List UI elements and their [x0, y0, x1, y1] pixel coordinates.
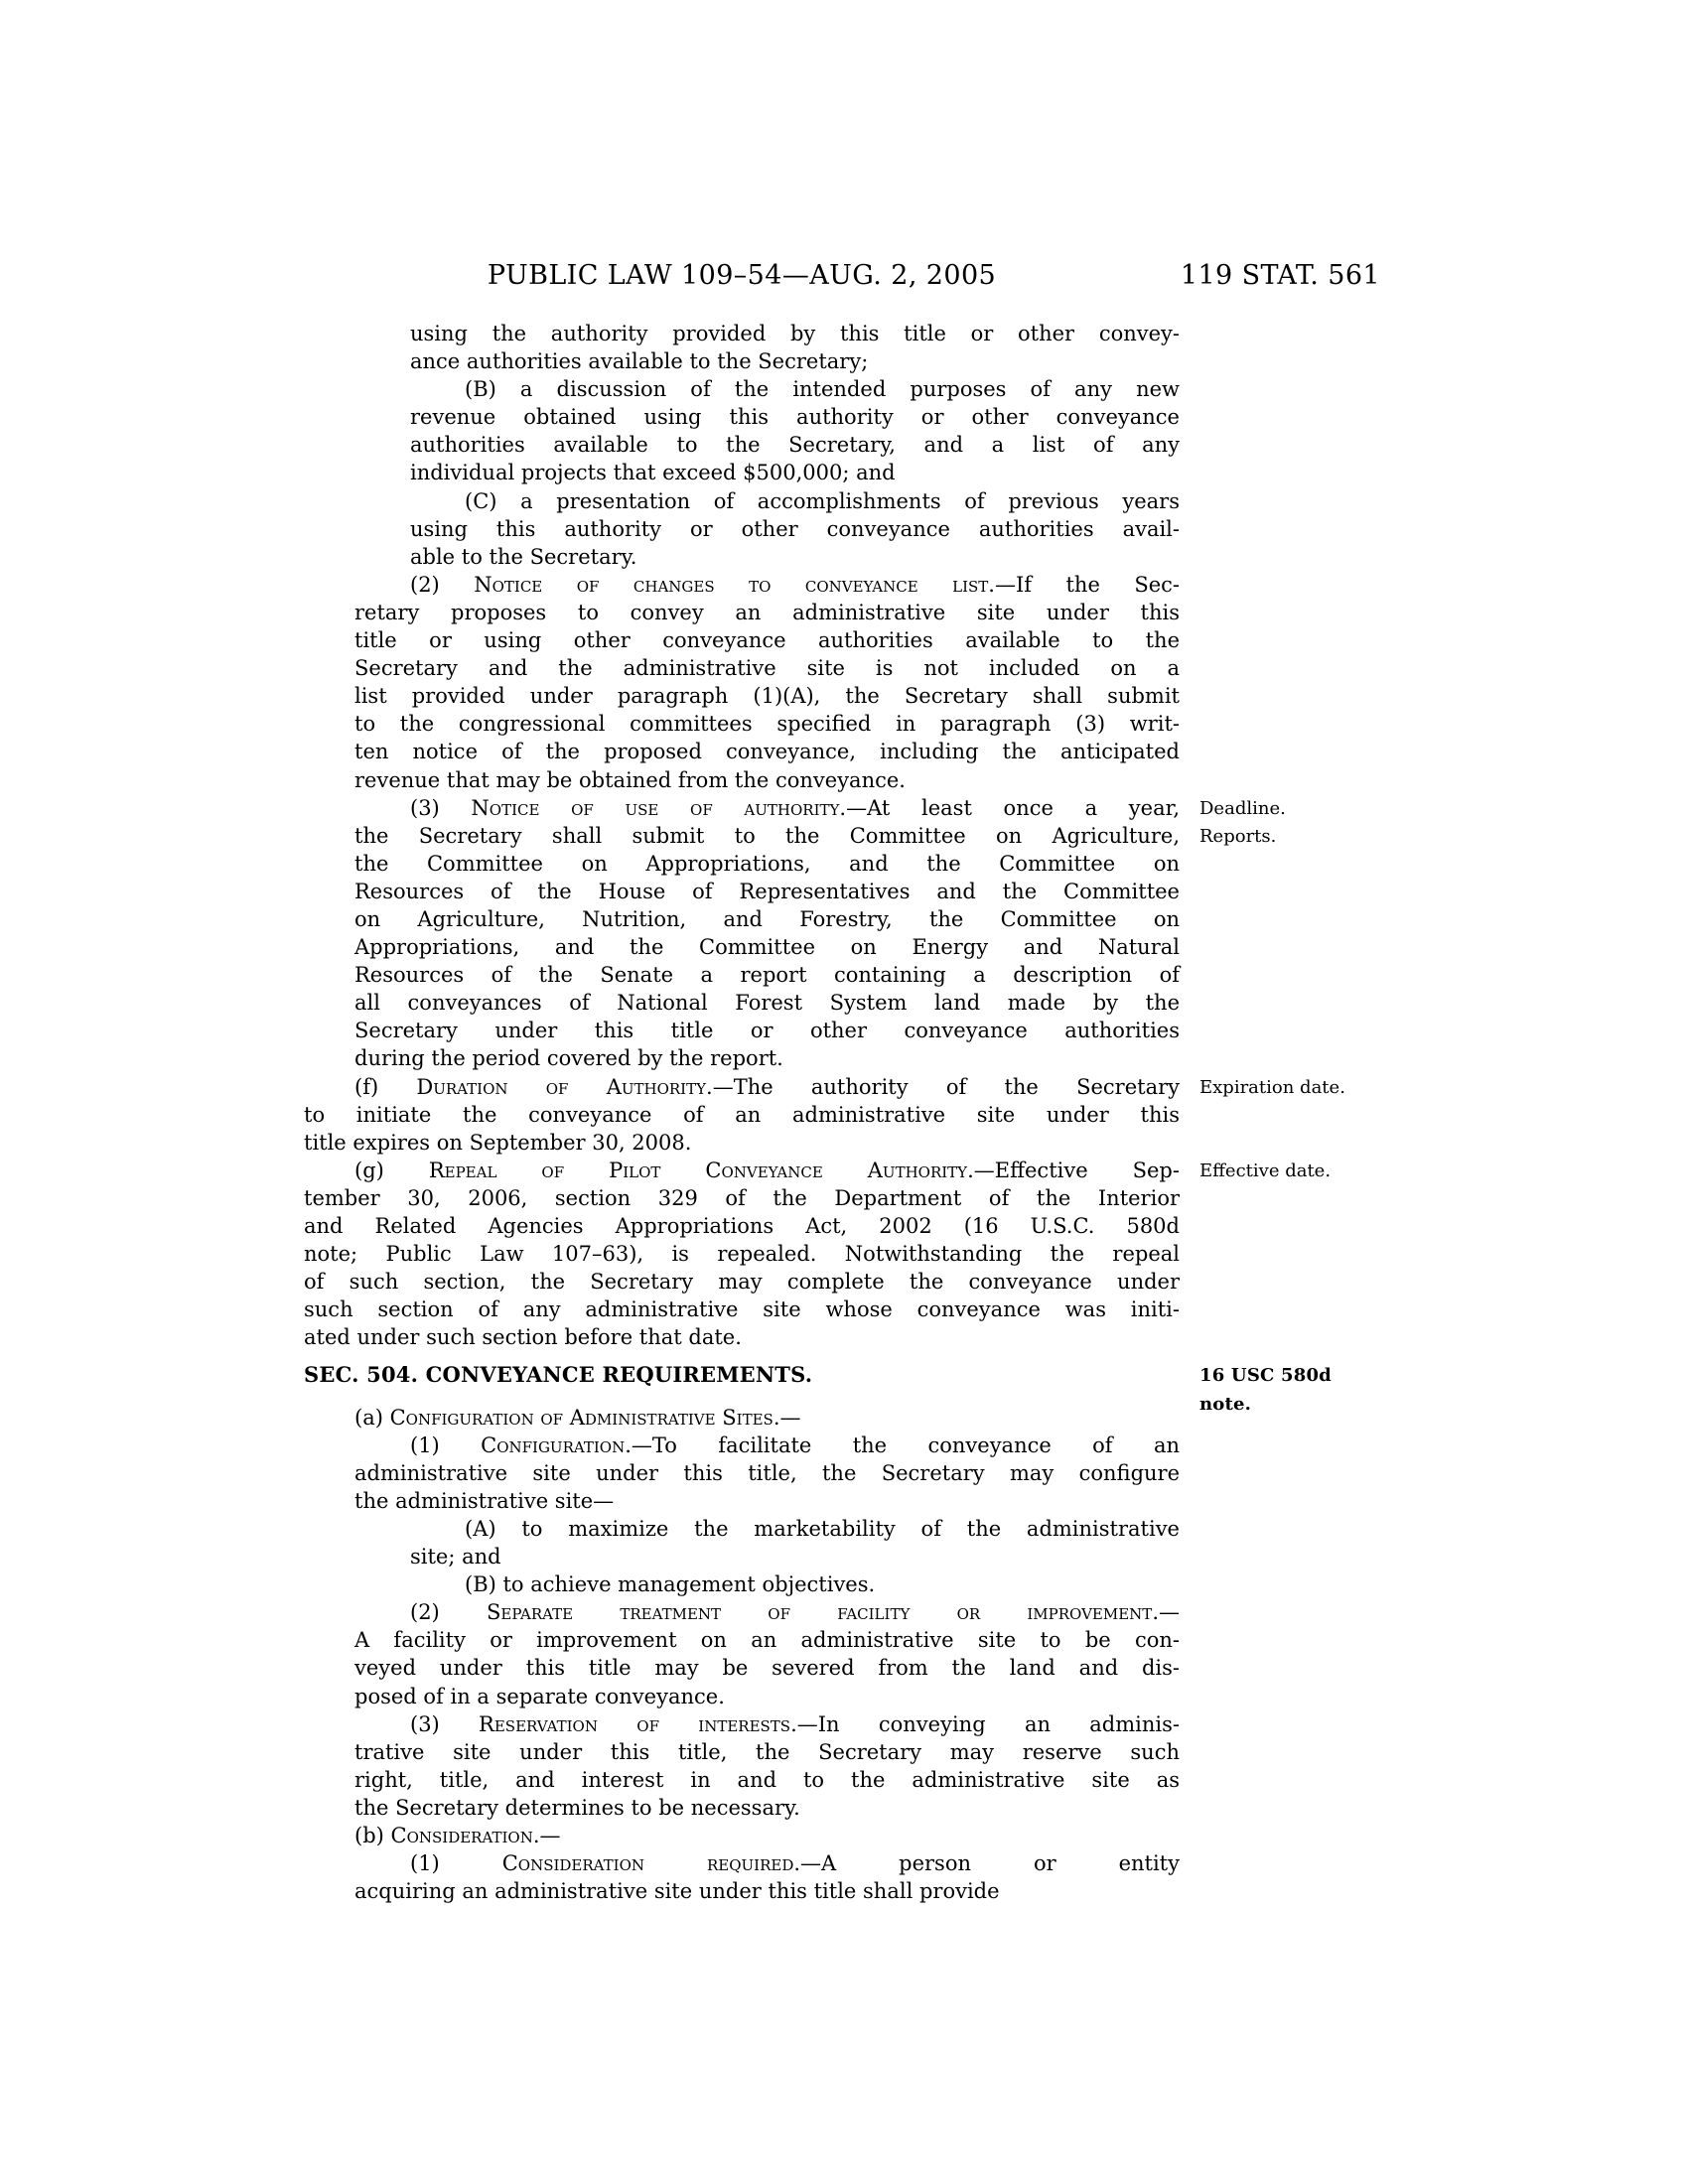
- text-run: ance authorities available to the Secret…: [410, 349, 868, 373]
- text-run: and Related Agencies Appropriations Act,…: [304, 1214, 1180, 1238]
- text-run: during the period covered by the report.: [354, 1046, 783, 1070]
- text-run: administrative site under this title, th…: [354, 1461, 1180, 1485]
- body-line: title or using other conveyance authorit…: [304, 626, 1180, 654]
- running-head-law-title: PUBLIC LAW 109–54—AUG. 2, 2005: [304, 260, 1180, 291]
- body-line: title expires on September 30, 2008.: [304, 1129, 1180, 1157]
- text-run: (B) a discussion of the intended purpose…: [465, 377, 1180, 401]
- body-line: the Committee on Appropriations, and the…: [304, 850, 1180, 878]
- text-run: (C) a presentation of accomplishments of…: [465, 489, 1180, 513]
- body-line: on Agriculture, Nutrition, and Forestry,…: [304, 905, 1180, 933]
- text-run: (2): [410, 573, 474, 597]
- text-run: .—: [774, 1406, 801, 1430]
- small-caps-run: Reservation of interests: [479, 1712, 790, 1736]
- body-line: all conveyances of National Forest Syste…: [304, 989, 1180, 1017]
- text-run: all conveyances of National Forest Syste…: [354, 991, 1180, 1015]
- body-line: (C) a presentation of accomplishments of…: [304, 487, 1180, 515]
- margin-note-line: 16 USC 580d: [1199, 1362, 1408, 1390]
- small-caps-run: Notice of use of authority: [471, 796, 839, 820]
- body-line: (2) Notice of changes to conveyance list…: [304, 571, 1180, 599]
- small-caps-run: Consideration: [391, 1824, 533, 1847]
- body-line: revenue that may be obtained from the co…: [304, 766, 1180, 794]
- text-run: using this authority or other conveyance…: [410, 517, 1180, 541]
- body-line: the administrative site—: [304, 1487, 1180, 1515]
- text-run: acquiring an administrative site under t…: [354, 1879, 1000, 1903]
- body-line: (b) Consideration.—: [304, 1822, 1180, 1849]
- margin-note-line: note.: [1199, 1391, 1408, 1419]
- margin-note-line: Deadline.: [1199, 795, 1408, 823]
- text-run: using the authority provided by this tit…: [410, 322, 1180, 345]
- body-line: administrative site under this title, th…: [304, 1459, 1180, 1487]
- body-line: (f) Duration of Authority.—The authority…: [304, 1073, 1180, 1101]
- text-run: such section of any administrative site …: [304, 1297, 1180, 1321]
- body-line: retary proposes to convey an administrat…: [304, 599, 1180, 626]
- text-run: posed of in a separate conveyance.: [354, 1685, 725, 1708]
- text-run: authorities available to the Secretary, …: [410, 433, 1180, 457]
- text-run: ten notice of the proposed conveyance, i…: [354, 740, 1180, 763]
- text-run: Appropriations, and the Committee on Ene…: [354, 935, 1180, 959]
- body-line: tember 30, 2006, section 329 of the Depa…: [304, 1184, 1180, 1212]
- text-run: .—Effective Sep-: [967, 1159, 1180, 1182]
- body-line: posed of in a separate conveyance.: [304, 1683, 1180, 1710]
- body-line: list provided under paragraph (1)(A), th…: [304, 682, 1180, 710]
- margin-note-line: Reports.: [1199, 823, 1408, 851]
- body-line: individual projects that exceed $500,000…: [304, 459, 1180, 486]
- body-line: and Related Agencies Appropriations Act,…: [304, 1212, 1180, 1240]
- text-run: retary proposes to convey an administrat…: [354, 601, 1180, 624]
- margin-note-line: Expiration date.: [1199, 1074, 1408, 1102]
- body-line: the Secretary determines to be necessary…: [304, 1794, 1180, 1822]
- body-line: (1) Configuration.—To facilitate the con…: [304, 1432, 1180, 1459]
- text-run: (2): [410, 1600, 487, 1624]
- margin-note-line: Effective date.: [1199, 1158, 1408, 1185]
- text-run: SEC. 504. CONVEYANCE REQUIREMENTS.: [304, 1362, 812, 1387]
- body-line: ated under such section before that date…: [304, 1323, 1180, 1351]
- body-line: veyed under this title may be severed fr…: [304, 1654, 1180, 1682]
- text-run: .—: [533, 1824, 561, 1847]
- text-run: site; and: [410, 1545, 501, 1569]
- body-line: Resources of the Senate a report contain…: [304, 961, 1180, 989]
- text-run: Secretary and the administrative site is…: [354, 656, 1180, 680]
- text-run: Resources of the Senate a report contain…: [354, 963, 1180, 987]
- body-line: note; Public Law 107–63), is repealed. N…: [304, 1240, 1180, 1268]
- body-line: Secretary and the administrative site is…: [304, 654, 1180, 682]
- body-line: (2) Separate treatment of facility or im…: [304, 1598, 1180, 1626]
- text-run: .—If the Sec-: [988, 573, 1180, 597]
- text-run: revenue obtained using this authority or…: [410, 405, 1180, 429]
- small-caps-run: Separate treatment of facility or improv…: [487, 1600, 1152, 1624]
- text-run: the administrative site—: [354, 1489, 614, 1513]
- text-run: Resources of the House of Representative…: [354, 880, 1180, 903]
- body-line: such section of any administrative site …: [304, 1296, 1180, 1323]
- text-run: veyed under this title may be severed fr…: [354, 1656, 1180, 1680]
- text-run: (B) to achieve management objectives.: [465, 1572, 875, 1596]
- text-run: title or using other conveyance authorit…: [354, 628, 1180, 652]
- small-caps-run: Duration of Authority: [416, 1075, 706, 1099]
- body-line: ten notice of the proposed conveyance, i…: [304, 738, 1180, 765]
- text-run: note; Public Law 107–63), is repealed. N…: [304, 1242, 1180, 1266]
- body-line: (B) a discussion of the intended purpose…: [304, 375, 1180, 403]
- text-run: able to the Secretary.: [410, 545, 636, 569]
- body-line: A facility or improvement on an administ…: [304, 1626, 1180, 1654]
- body-line: right, title, and interest in and to the…: [304, 1766, 1180, 1794]
- text-run: the Committee on Appropriations, and the…: [354, 852, 1180, 876]
- text-run: list provided under paragraph (1)(A), th…: [354, 684, 1180, 708]
- body-line: (1) Consideration required.—A person or …: [304, 1849, 1180, 1877]
- text-run: (1): [410, 1851, 502, 1875]
- text-run: .—At least once a year,: [839, 796, 1180, 820]
- body-line: of such section, the Secretary may compl…: [304, 1268, 1180, 1296]
- text-run: (A) to maximize the marketability of the…: [465, 1517, 1180, 1541]
- body-line: site; and: [304, 1543, 1180, 1570]
- text-run: tember 30, 2006, section 329 of the Depa…: [304, 1186, 1180, 1210]
- text-run: .—In conveying an adminis-: [790, 1712, 1180, 1736]
- statute-page: PUBLIC LAW 109–54—AUG. 2, 2005 119 STAT.…: [0, 0, 1688, 2184]
- section-heading: SEC. 504. CONVEYANCE REQUIREMENTS.16 USC…: [304, 1361, 1180, 1389]
- text-run: of such section, the Secretary may compl…: [304, 1270, 1180, 1294]
- small-caps-run: Notice of changes to conveyance list: [474, 573, 988, 597]
- body-line: during the period covered by the report.: [304, 1044, 1180, 1072]
- margin-note: Deadline.Reports.: [1199, 795, 1408, 851]
- body-line: ance authorities available to the Secret…: [304, 347, 1180, 375]
- text-run: to the congressional committees specifie…: [354, 712, 1180, 736]
- margin-note: 16 USC 580dnote.: [1199, 1362, 1408, 1418]
- text-run: .—: [1152, 1600, 1180, 1624]
- text-run: .—A person or entity: [793, 1851, 1180, 1875]
- text-run: Secretary under this title or other conv…: [354, 1019, 1180, 1042]
- text-run: right, title, and interest in and to the…: [354, 1768, 1180, 1792]
- text-run: A facility or improvement on an administ…: [354, 1628, 1180, 1652]
- text-run: (b): [354, 1824, 391, 1847]
- text-run: on Agriculture, Nutrition, and Forestry,…: [354, 907, 1180, 931]
- text-run: (a): [354, 1406, 390, 1430]
- text-run: trative site under this title, the Secre…: [354, 1740, 1180, 1764]
- text-run: (f): [354, 1075, 416, 1099]
- body-line: using the authority provided by this tit…: [304, 320, 1180, 347]
- body-line: (3) Notice of use of authority.—At least…: [304, 794, 1180, 822]
- text-run: the Secretary determines to be necessary…: [354, 1796, 800, 1820]
- small-caps-run: Repeal of Pilot Conveyance Authority: [429, 1159, 967, 1182]
- small-caps-run: Consideration required: [502, 1851, 794, 1875]
- body-text: using the authority provided by this tit…: [304, 320, 1180, 1905]
- text-run: .—The authority of the Secretary: [706, 1075, 1180, 1099]
- body-line: able to the Secretary.: [304, 543, 1180, 571]
- body-line: Appropriations, and the Committee on Ene…: [304, 933, 1180, 961]
- body-line: (A) to maximize the marketability of the…: [304, 1515, 1180, 1543]
- body-line: acquiring an administrative site under t…: [304, 1877, 1180, 1905]
- margin-note: Effective date.: [1199, 1158, 1408, 1185]
- text-run: title expires on September 30, 2008.: [304, 1131, 691, 1155]
- body-line: revenue obtained using this authority or…: [304, 403, 1180, 431]
- body-line: Resources of the House of Representative…: [304, 878, 1180, 905]
- body-line: (3) Reservation of interests.—In conveyi…: [304, 1710, 1180, 1738]
- body-line: Secretary under this title or other conv…: [304, 1017, 1180, 1044]
- small-caps-run: Configuration: [481, 1433, 625, 1457]
- body-line: to the congressional committees specifie…: [304, 710, 1180, 738]
- text-run: ated under such section before that date…: [304, 1325, 742, 1349]
- body-line: using this authority or other conveyance…: [304, 515, 1180, 543]
- body-line: to initiate the conveyance of an adminis…: [304, 1101, 1180, 1129]
- body-line: (a) Configuration of Administrative Site…: [304, 1404, 1180, 1432]
- text-run: the Secretary shall submit to the Commit…: [354, 824, 1180, 848]
- running-head-stat-number: 119 STAT. 561: [1142, 260, 1380, 291]
- text-run: to initiate the conveyance of an adminis…: [304, 1103, 1180, 1127]
- text-run: (g): [354, 1159, 429, 1182]
- body-line: (B) to achieve management objectives.: [304, 1570, 1180, 1598]
- body-line: trative site under this title, the Secre…: [304, 1738, 1180, 1766]
- small-caps-run: Configuration of Administrative Sites: [390, 1406, 774, 1430]
- text-run: (3): [410, 796, 471, 820]
- body-line: authorities available to the Secretary, …: [304, 431, 1180, 459]
- body-line: the Secretary shall submit to the Commit…: [304, 822, 1180, 850]
- text-run: .—To facilitate the conveyance of an: [625, 1433, 1180, 1457]
- text-run: individual projects that exceed $500,000…: [410, 461, 896, 484]
- margin-note: Expiration date.: [1199, 1074, 1408, 1102]
- body-line: (g) Repeal of Pilot Conveyance Authority…: [304, 1157, 1180, 1184]
- text-run: revenue that may be obtained from the co…: [354, 768, 906, 792]
- text-run: (1): [410, 1433, 481, 1457]
- text-run: (3): [410, 1712, 479, 1736]
